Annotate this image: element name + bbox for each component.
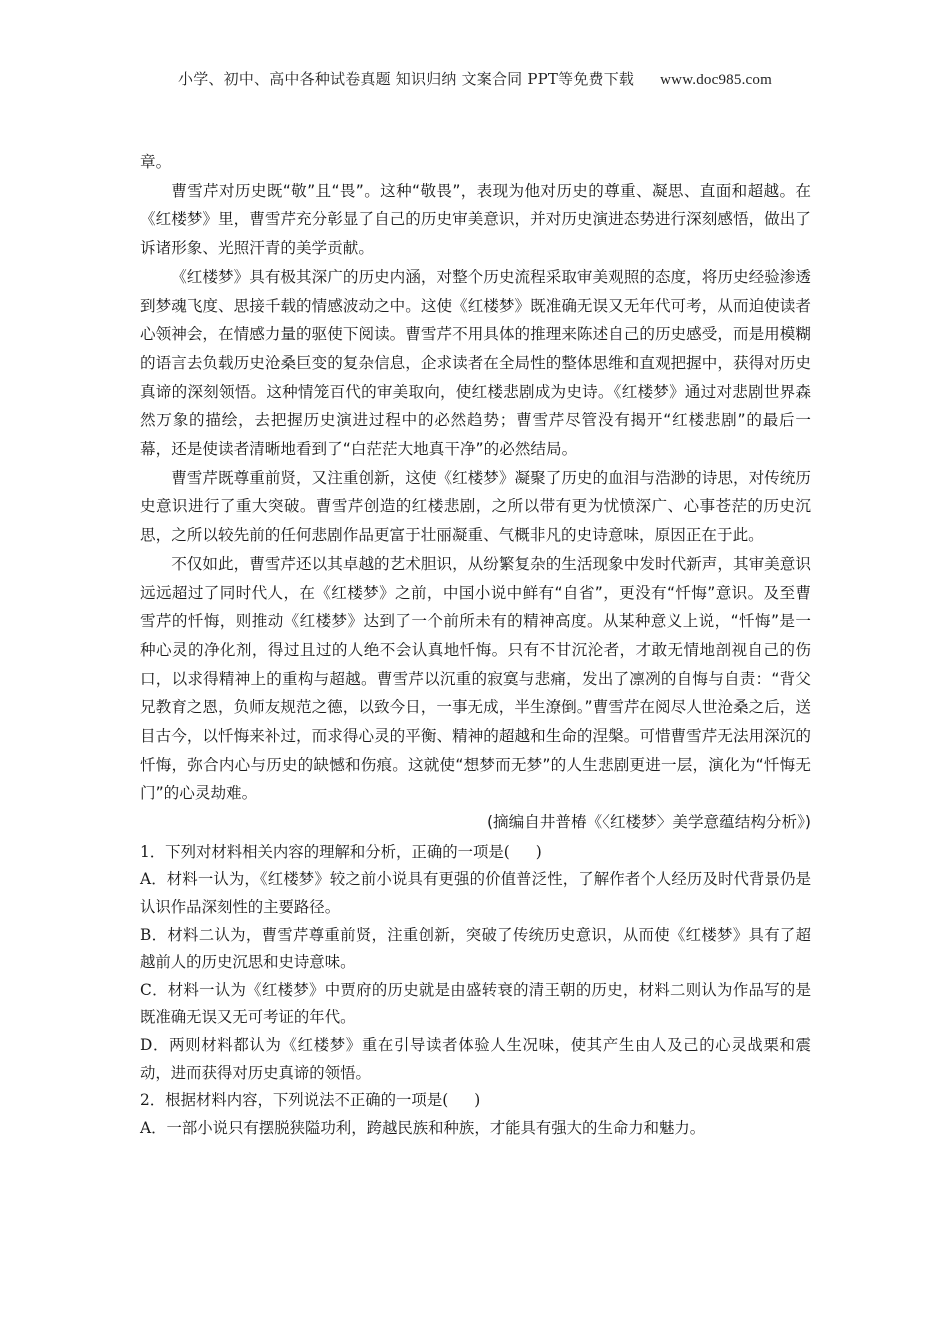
passage-paragraph: 《红楼梦》具有极其深广的历史内涵，对整个历史流程采取审美观照的态度，将历史经验渗… [140,263,811,464]
question-list: 1．下列对材料相关内容的理解和分析，正确的一项是() A．材料一认为，《红楼梦》… [140,839,811,1143]
question-1-stem: 1．下列对材料相关内容的理解和分析，正确的一项是( [140,843,510,861]
question-option: B．材料二认为，曹雪芹尊重前贤，注重创新，突破了传统历史意识，从而使《红楼梦》具… [140,922,811,977]
question-option: A．材料一认为，《红楼梦》较之前小说具有更强的价值普泛性，了解作者个人经历及时代… [140,866,811,921]
question-1-stem-end: ) [536,843,542,861]
question-option: A．一部小说只有摆脱狭隘功利，跨越民族和种族，才能具有强大的生命力和魅力。 [140,1115,811,1143]
passage-source: (摘编自井普椿《〈红楼梦〉美学意蕴结构分析》) [140,808,811,837]
question-2-stem-end: ) [474,1091,480,1109]
passage-paragraph: 章。 [140,148,811,177]
page-header: 小学、初中、高中各种试卷真题 知识归纳 文案合同 PPT等免费下载www.doc… [0,68,950,89]
header-url[interactable]: www.doc985.com [660,72,772,88]
passage-paragraph: 不仅如此，曹雪芹还以其卓越的艺术胆识，从纷繁复杂的生活现象中发时代新声，其审美意… [140,550,811,808]
reading-passage: 章。 曹雪芹对历史既“敬”且“畏”。这种“敬畏”，表现为他对历史的尊重、凝思、直… [140,148,811,837]
question-stem: 2．根据材料内容，下列说法不正确的一项是() [140,1087,811,1115]
document-body: 章。 曹雪芹对历史既“敬”且“畏”。这种“敬畏”，表现为他对历史的尊重、凝思、直… [140,148,811,1142]
question-stem: 1．下列对材料相关内容的理解和分析，正确的一项是() [140,839,811,867]
question-2-stem: 2．根据材料内容，下列说法不正确的一项是( [140,1091,448,1109]
question-option: C．材料一认为《红楼梦》中贾府的历史就是由盛转衰的清王朝的历史，材料二则认为作品… [140,977,811,1032]
passage-paragraph: 曹雪芹既尊重前贤，又注重创新，这使《红楼梦》凝聚了历史的血泪与浩渺的诗思，对传统… [140,464,811,550]
header-text: 小学、初中、高中各种试卷真题 知识归纳 文案合同 PPT等免费下载 [178,70,634,88]
passage-paragraph: 曹雪芹对历史既“敬”且“畏”。这种“敬畏”，表现为他对历史的尊重、凝思、直面和超… [140,177,811,263]
question-option: D．两则材料都认为《红楼梦》重在引导读者体验人生况味，使其产生由人及己的心灵战栗… [140,1032,811,1087]
